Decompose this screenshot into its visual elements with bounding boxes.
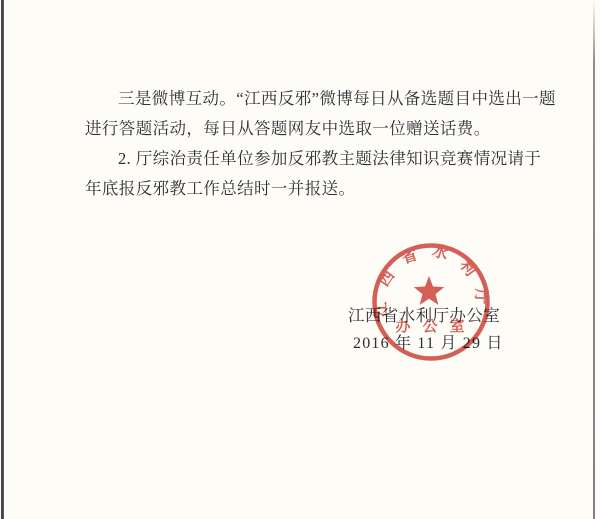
seal-arc-text: 江西省水利厅 [372, 242, 491, 319]
scan-edge-right [593, 0, 595, 519]
scan-edge-left [1, 0, 4, 519]
seal-bottom-text: 办公室 [395, 317, 476, 335]
document-page: 三是微博互动。“江西反邪”微博每日从备选题目中选出一题 进行答题活动，每日从答题… [0, 0, 600, 519]
body-line: 三是微博互动。“江西反邪”微博每日从备选题目中选出一题 [85, 84, 525, 114]
body-line: 进行答题活动，每日从答题网友中选取一位赠送话费。 [85, 114, 525, 144]
body-line: 年底报反邪教工作总结时一并报送。 [85, 174, 525, 204]
body-line: 2. 厅综治责任单位参加反邪教主题法律知识竞赛情况请于 [85, 144, 525, 174]
star-icon [414, 276, 444, 305]
official-seal: 江西省水利厅 办公室 [366, 237, 496, 367]
document-body: 三是微博互动。“江西反邪”微博每日从备选题目中选出一题 进行答题活动，每日从答题… [85, 84, 525, 204]
